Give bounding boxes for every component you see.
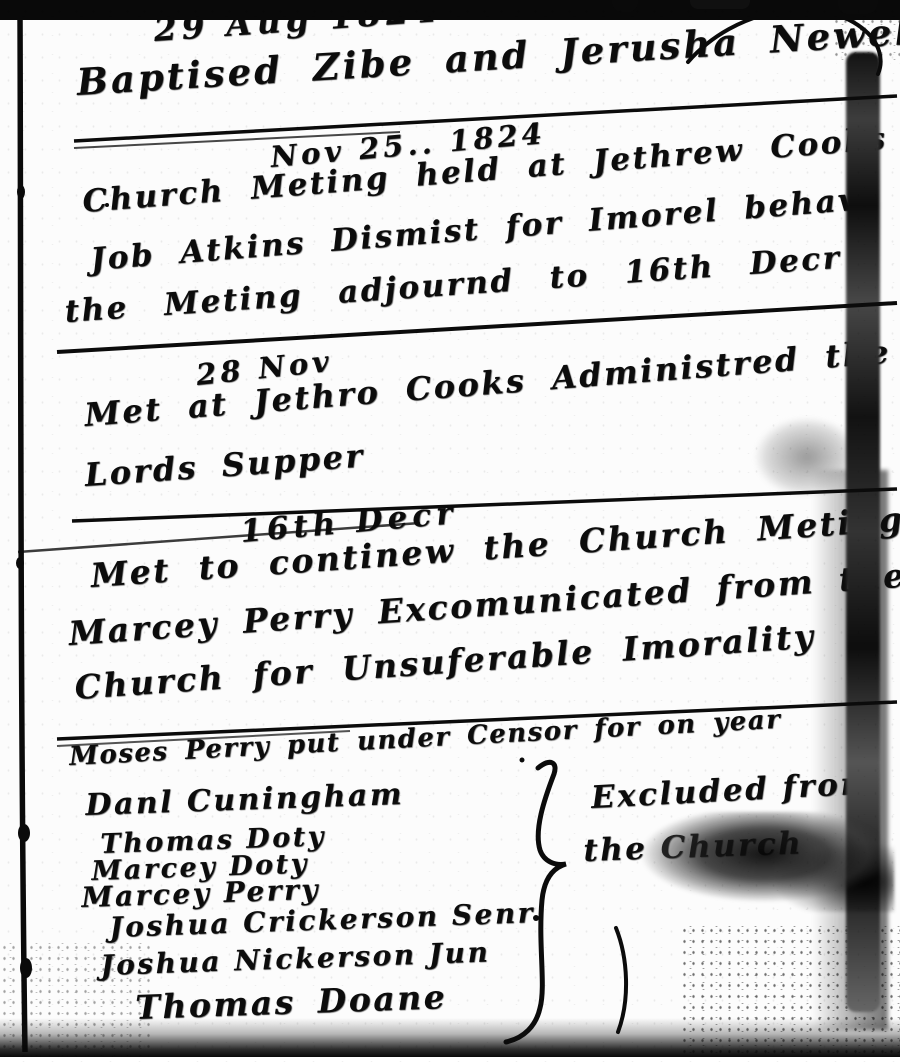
- manuscript-page-scan: 29 Aug 1824 Baptised Zibe and Jerusha Ne…: [0, 0, 900, 1064]
- exclusion-note-line: the Church: [583, 825, 804, 869]
- member-name: Danl Cuningham: [85, 777, 405, 823]
- entry-3-record-line: Lords Supper: [83, 437, 366, 494]
- member-name: Joshua Nickerson Jun: [100, 935, 491, 982]
- handwriting-layer: 29 Aug 1824 Baptised Zibe and Jerusha Ne…: [0, 0, 900, 1064]
- censure-record-line: Moses Perry put under Censor for on year: [68, 705, 782, 772]
- exclusion-note-line: Excluded from: [590, 765, 876, 816]
- member-name: Thomas Doane: [135, 977, 448, 1027]
